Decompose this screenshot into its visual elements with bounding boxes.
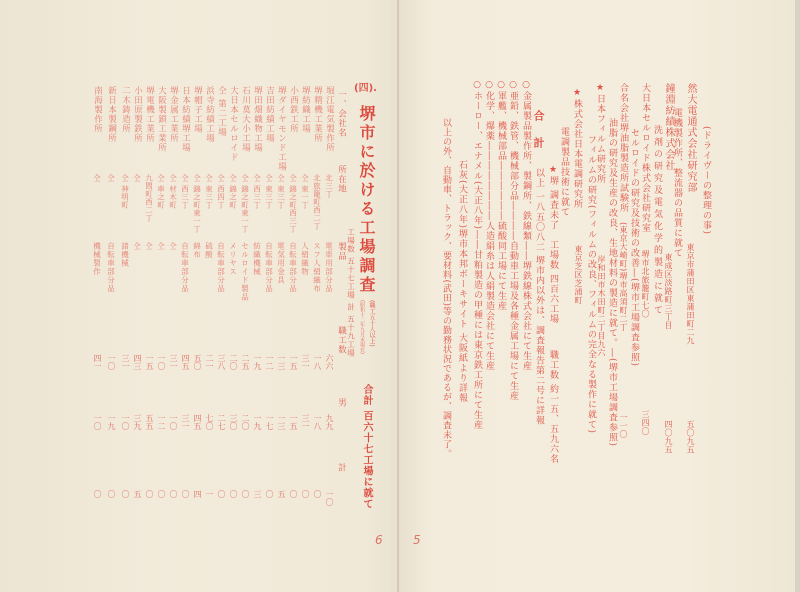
table-row: 堺ダイヤモンド工場 仝 東三丁 電気用金具 一三 一三 五 — [277, 0, 287, 592]
header-location: 所在地 — [337, 165, 346, 194]
research-entry-address: 岸和田市木田町二丁目九六 — [597, 255, 605, 357]
table-row: 小田原製鉄所 仝 仝 四三 三九 五 — [133, 0, 143, 592]
row-male: 一〇 — [93, 414, 101, 430]
table-row: 堺紡織工場 仝 東一丁 人絹織物 三一 三一 〇 — [301, 0, 311, 592]
row-male: 一〇 — [121, 414, 129, 430]
row-total: 〇 — [313, 490, 321, 498]
row-product: 機械製作 — [93, 242, 101, 276]
row-workers: 二一 — [205, 354, 213, 370]
row-male: 一二 — [157, 414, 165, 430]
row-male: 九九 — [325, 414, 333, 430]
row-total: 〇 — [229, 490, 237, 498]
row-workers: 一五 — [289, 354, 297, 370]
product-line: 石灰(大正八年)堺市本邦ボーキサイト 大阪紙より詳報 — [457, 160, 466, 403]
research-entry-address: 東成区淡路町三丁目 — [664, 253, 672, 330]
row-total: 〇 — [301, 490, 309, 498]
research-entry-count: 四〇九五 — [664, 420, 672, 454]
row-company: 新日本製鋼所 — [107, 86, 116, 143]
header-total: 計 — [337, 463, 346, 473]
row-product: 仝 — [145, 242, 153, 251]
row-total: 〇 — [145, 490, 153, 498]
row-product: 仝 — [169, 242, 177, 251]
row-location: 仝 車之町 — [157, 174, 165, 209]
research-entry-address: 東京市蒲田区東蒲田町二九 — [686, 243, 694, 345]
summary-note: 以上 一八五〇八二 堺市内以外は、調査報告第二号に詳報 — [534, 168, 543, 426]
row-workers: 三一 — [121, 354, 129, 370]
header-company: 一、会社名 — [337, 90, 346, 138]
row-workers: 一五 — [145, 354, 153, 370]
table-row: 浜寺紡績工場 仝 東三丁 硫酸 二一 七〇 一 — [205, 0, 215, 592]
research-entry-name: 大日本セルロイド株式会社研究室 — [640, 83, 649, 233]
factory-count-note: 工場数 五十七工場 計 五十九工場 — [347, 228, 355, 357]
header-male: 男 — [337, 398, 346, 408]
row-total: 〇 — [157, 490, 165, 498]
row-product: 電車用部分品 — [325, 242, 333, 293]
row-total: 〇 — [181, 490, 189, 498]
section-number: (四). — [354, 84, 377, 94]
row-workers: 六六 — [325, 354, 333, 370]
row-workers: 五〇 — [193, 354, 201, 370]
row-total: 〇 — [217, 490, 225, 498]
row-male: 二七 — [217, 414, 225, 430]
page-number-left: 6 — [375, 534, 383, 546]
row-company: 浜寺紡績工場 — [205, 86, 214, 143]
total-note: 合計 百六十七工場に就て — [361, 384, 371, 509]
row-workers: 一二 — [265, 354, 273, 370]
subtitle-criteria: (職工五十人以上) — [368, 300, 374, 347]
row-location: 仝 東三丁 — [205, 174, 213, 209]
row-location: 九間町西二丁 — [145, 174, 153, 222]
table-row: 堺金属工業所 仝 材木町 仝 三一 一〇 〇 — [169, 0, 179, 592]
row-male: 三一 — [181, 414, 189, 430]
summary-factory-count: 工場数 四百六工場 — [548, 240, 557, 324]
row-company: 石川莫大小工場 — [241, 86, 250, 153]
row-workers: 四一 — [93, 354, 101, 370]
row-company: 南海製作所 — [93, 86, 102, 134]
row-location: 仝 東一丁 — [301, 174, 309, 209]
row-workers: 三一 — [169, 354, 177, 370]
table-row: 南海製作所 仝 機械製作 四一 一〇 〇 — [93, 0, 103, 592]
row-company: 大日本セルロイド — [229, 86, 238, 162]
row-company: 堀江電気製作所 — [325, 86, 334, 153]
research-entry-topic: 電調製品技術に就て — [559, 127, 568, 217]
row-product: 諸機械 — [121, 242, 129, 268]
row-product: 自転車部分品 — [217, 242, 225, 293]
left-page: (四). 堺市に於ける工場調査 (職工五十人以上) (昭和十二年九月末現在) 工… — [0, 0, 398, 592]
right-page: (ドライヴーの整理の事) 然大電通式会社研究部 東京市蒲田区東蒲田町二九 五〇九… — [399, 0, 795, 592]
row-workers: 一〇 — [107, 354, 115, 370]
row-male: 一九 — [253, 414, 261, 430]
research-entry-topic: 洗剤の研究及電気化学的製造に就て — [652, 125, 661, 317]
row-product: 綿布 — [193, 242, 201, 259]
row-total: 〇 — [169, 490, 177, 498]
table-row: 堺電機工業所 九間町西二丁 仝 一五 五五 〇 — [145, 0, 155, 592]
row-location: 仝 東三丁 — [277, 174, 285, 209]
table-row: 堺帽子工場 仝 錦之町東一丁 綿布 五〇 四五 四 — [193, 0, 203, 592]
table-row: 堀江電気製作所 北三丁 電車用部分品 六六 九九 一〇 — [325, 0, 335, 592]
row-location: 仝 材木町 — [169, 174, 177, 209]
row-location: 仝 西三丁 — [181, 174, 189, 209]
row-total: 〇 — [265, 490, 273, 498]
row-total: 〇 — [107, 490, 115, 498]
row-total: 三 — [253, 490, 261, 498]
row-workers: 一三 — [277, 354, 285, 370]
row-company: 堺電機工業所 — [145, 86, 154, 143]
scan-right-edge — [795, 0, 800, 592]
row-company: 小西鉄工所 — [289, 86, 298, 134]
row-male: 三〇 — [229, 414, 237, 430]
row-company: 仝 第二工場 — [217, 86, 226, 137]
research-entry-count: 五〇九五 — [686, 420, 694, 454]
page-number-right: 5 — [413, 534, 421, 546]
closing-note: 以上の外、自動車、トラック、要材料(武田)等の勤務状況であるが、調査未了。 — [441, 118, 450, 459]
row-male: 四五 — [193, 414, 201, 430]
header-note: (ドライヴーの整理の事) — [701, 126, 710, 235]
row-company: 二木鋳造所 — [121, 86, 130, 134]
row-location: 仝 錦之町東一丁 — [193, 174, 201, 233]
row-total: 五 — [277, 490, 285, 498]
row-location: 仝 — [93, 174, 101, 182]
row-workers: 三一 — [301, 354, 309, 370]
row-location: 仝 錦之町西三丁 — [289, 174, 297, 233]
research-entry-name: ★日本フィルム研究所 — [595, 83, 604, 184]
row-total: 〇 — [289, 490, 297, 498]
row-company: 小田原製鉄所 — [133, 86, 142, 143]
table-row: 日本紡績堺工場 仝 西三丁 自転車部分品 四五 三一 〇 — [181, 0, 191, 592]
research-entry-topic: 油脂の研究及生産の改良、生地材料の製造に就て。―(堺市工場調査参照) — [607, 118, 616, 447]
header-workers: 職工数 — [337, 326, 346, 355]
research-entry-address: 東京芝区芝浦町 — [574, 245, 582, 305]
product-line: ○ホーロー、エナメル(大正八年)――甘粕製造の甲種には東京鉄工所にて生産 — [472, 80, 481, 430]
row-product: 自転車部分品 — [181, 242, 189, 293]
page-title: 堺市に於ける工場調査 — [358, 105, 374, 295]
product-line: ○金属製品製作所、製鋼所、鉄線類――堺鉄線株式会社にて生産 — [521, 80, 530, 371]
research-entry-topic: フィルムの研究(フィルムの改良、フィルムの完全なる製作に就て) — [586, 135, 595, 434]
row-product: セルロイド製品 — [241, 242, 249, 302]
row-workers: 一八 — [313, 354, 321, 370]
row-male: 一〇 — [169, 414, 177, 430]
subtitle-date: (昭和十二年九月末現在) — [359, 300, 364, 354]
row-male: 三九 — [133, 414, 141, 430]
row-total: 一 — [205, 490, 213, 498]
row-total: 一〇 — [325, 490, 333, 506]
row-company: 堺金属工業所 — [169, 86, 178, 143]
table-row: 新日本製鋼所 仝 自転車部分品 一〇 一九 〇 — [107, 0, 117, 592]
table-row: 大阪製鎖工業所 仝 車之町 仝 一〇 一二 〇 — [157, 0, 167, 592]
row-location: 仝 神明町 — [121, 174, 129, 209]
row-male: 二〇 — [241, 414, 249, 430]
row-male: 一七 — [265, 414, 273, 430]
research-entry-count: 一一〇 — [619, 413, 627, 439]
row-male: 七〇 — [205, 414, 213, 430]
research-entry-topic: セルロイドの研究及技術の改善―(堺市工場調査参照) — [629, 128, 638, 367]
product-line: ○化学、爆薬――――――――人造絹糸は人絹製造会社にて生産 — [484, 80, 493, 371]
scanned-document-spread: (四). 堺市に於ける工場調査 (職工五十人以上) (昭和十二年九月末現在) 工… — [0, 0, 800, 592]
row-male: 一九 — [107, 414, 115, 430]
table-row: 堺精機工業所 北旅籠町西二丁 スフ人絹織布 一八 一八 〇 — [313, 0, 323, 592]
research-entry-address: 堺市北旅籠町七〇 — [641, 250, 649, 318]
product-line: ○亜鉛、鉄管、機械部分品――――自動車工場及各種金属工場にて生産 — [508, 80, 517, 401]
row-product: 人絹織物 — [301, 242, 309, 276]
row-product: 自転車部分品 — [107, 242, 115, 293]
row-product: メリヤス — [229, 242, 237, 276]
row-workers: 四五 — [181, 354, 189, 370]
row-location: 北旅籠町西二丁 — [313, 174, 321, 230]
row-total: 五 — [133, 490, 141, 498]
row-company: 堺紡織工場 — [301, 86, 310, 134]
row-workers: 二五 — [241, 354, 249, 370]
row-company: 堺精機工業所 — [313, 86, 322, 143]
row-location: 仝 — [133, 174, 141, 182]
row-location: 仝 — [107, 174, 115, 182]
row-male: 五五 — [145, 414, 153, 430]
row-male: 一五 — [289, 414, 297, 430]
row-male: 一八 — [313, 414, 321, 430]
row-location: 仝 西三丁 — [253, 174, 261, 209]
row-product: 自転車部分品 — [265, 242, 273, 293]
row-company: 吉田紡績工場 — [265, 86, 274, 143]
research-entry-name: 合名会社堺油脂製造所試験所 — [618, 83, 627, 213]
row-product: 硫酸 — [205, 242, 213, 259]
research-entry-name: 然大電通式会社研究部 — [685, 83, 695, 193]
row-male: 一三 — [277, 414, 285, 430]
row-location: 仝 錦之町東一丁 — [241, 174, 249, 233]
row-product: 紡織機械 — [253, 242, 261, 276]
research-entry-address: (東京大崎町)堺市高須町二丁 — [619, 222, 627, 331]
row-workers: 三八 — [217, 354, 225, 370]
row-product: 仝 — [133, 242, 141, 251]
row-product: 電気用金具 — [277, 242, 285, 285]
row-location: 仝 西四丁 — [217, 174, 225, 209]
row-total: 〇 — [93, 490, 101, 498]
row-company: 堺ダイヤモンド工場 — [277, 86, 286, 172]
row-workers: 二〇 — [229, 354, 237, 370]
row-total: 〇 — [121, 490, 129, 498]
row-total: 〇 — [241, 490, 249, 498]
row-workers: 一九 — [253, 354, 261, 370]
row-male: 三一 — [301, 414, 309, 430]
summary-worker-count: 職工数 約一五、五九六名 — [548, 350, 557, 464]
table-row: 石川莫大小工場 仝 錦之町東一丁 セルロイド製品 二五 二〇 〇 — [241, 0, 251, 592]
row-company: 堺帽子工場 — [193, 86, 202, 134]
row-product: スフ人絹織布 — [313, 242, 321, 293]
row-location: 仝 東三丁 — [265, 174, 273, 209]
row-location: 北三丁 — [325, 174, 333, 198]
research-entry-name: 鐘淵紡績株式会社 — [663, 83, 673, 171]
row-product: 仝 — [157, 242, 165, 251]
summary-total-label: 合 計 — [533, 110, 544, 154]
table-row: 大日本セルロイド 仝 錦之町 メリヤス 二〇 三〇 〇 — [229, 0, 239, 592]
product-line: ○軍艦、機械部品――――――硫酸同工場にて生産 — [496, 80, 505, 311]
row-company: 日本紡績堺工場 — [181, 86, 190, 153]
row-product: 自転車部分品 — [289, 242, 297, 293]
row-company: 大阪製鎖工業所 — [157, 86, 166, 153]
row-workers: 四三 — [133, 354, 141, 370]
table-row: 堺田畑織物工場 仝 西三丁 紡織機械 一九 一九 三 — [253, 0, 263, 592]
research-entry-count: 三四〇 — [641, 410, 649, 436]
table-row: 吉田紡績工場 仝 東三丁 自転車部分品 一二 一七 〇 — [265, 0, 275, 592]
table-row: 二木鋳造所 仝 神明町 諸機械 三一 一〇 〇 — [121, 0, 131, 592]
table-row: 小西鉄工所 仝 錦之町西三丁 自転車部分品 一五 一五 〇 — [289, 0, 299, 592]
pending-note: ★堺 調査未了 — [548, 165, 557, 230]
research-entry-name: ★株式会社日本電調研究所 — [572, 88, 581, 209]
row-workers: 一〇 — [157, 354, 165, 370]
row-total: 四 — [193, 490, 201, 498]
row-location: 仝 錦之町 — [229, 174, 237, 209]
header-product: 製品 — [337, 242, 346, 261]
row-company: 堺田畑織物工場 — [253, 86, 262, 153]
table-row: 仝 第二工場 仝 西四丁 自転車部分品 三八 二七 〇 — [217, 0, 227, 592]
